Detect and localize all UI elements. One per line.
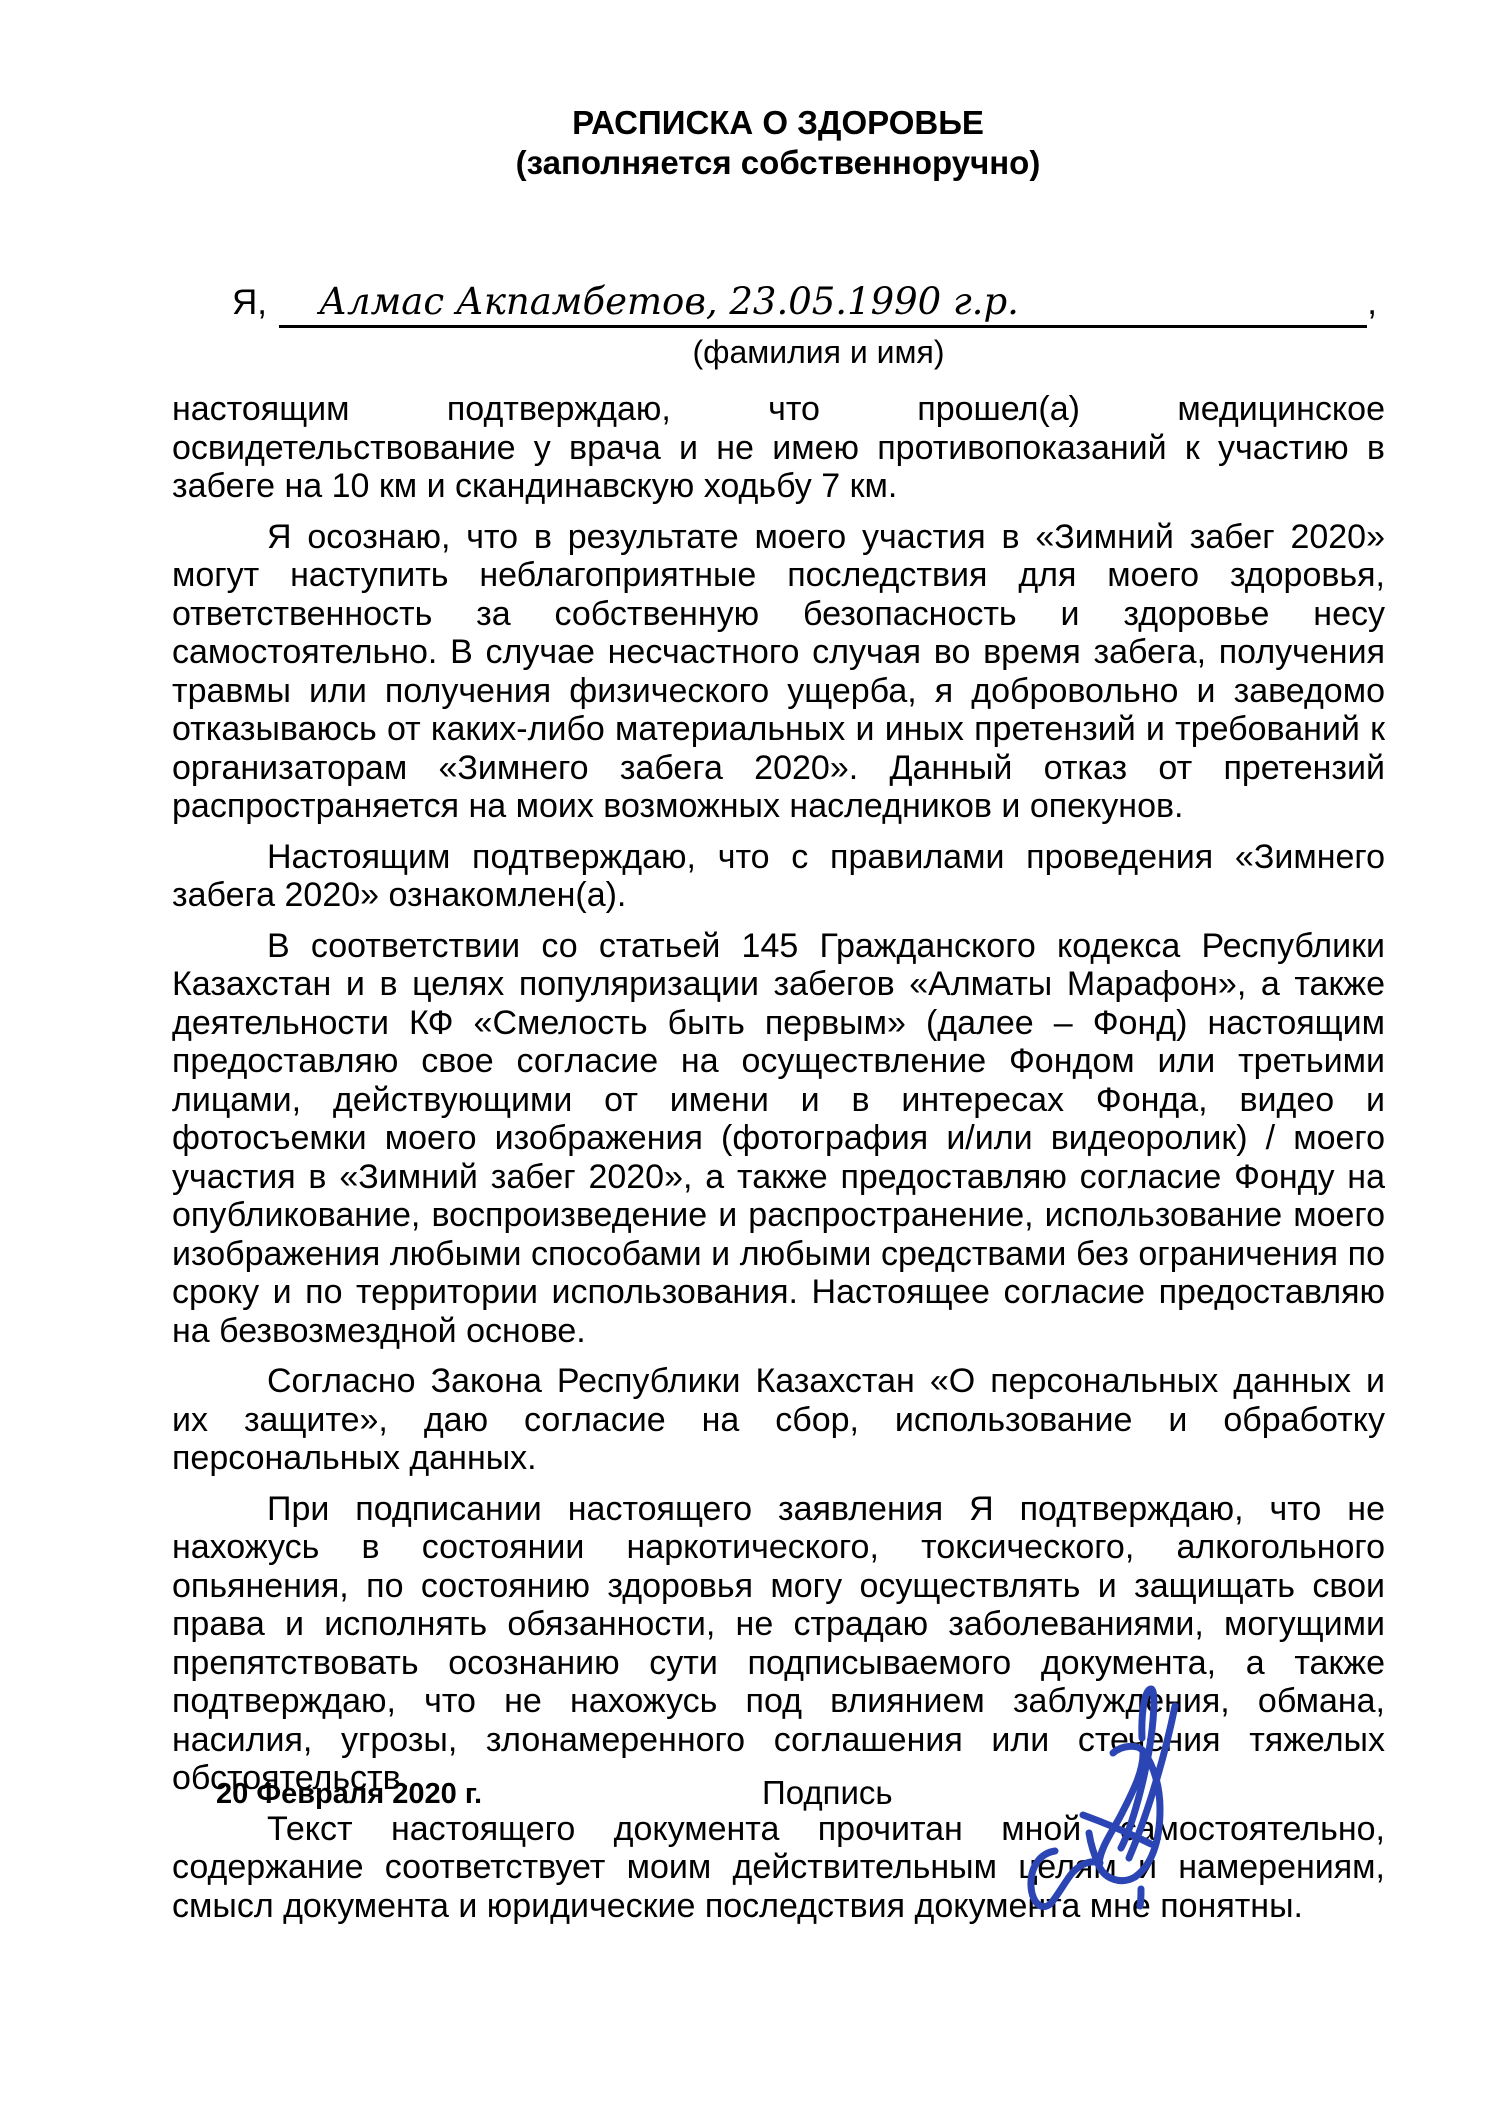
health-declaration-document: РАСПИСКА О ЗДОРОВЬЕ (заполняется собстве… [0, 0, 1500, 2121]
date-text: 20 Февраля 2020 г. [216, 1778, 482, 1811]
document-title: РАСПИСКА О ЗДОРОВЬЕ [172, 103, 1384, 143]
name-row: Я, Алмас Акпамбетов, 23.05.1990 г.р. , [172, 280, 1377, 328]
pronoun-label: Я, [172, 283, 267, 323]
paragraph-personal-data-consent: Согласно Закона Республики Казахстан «О … [172, 1362, 1385, 1478]
document-subtitle: (заполняется собственноручно) [172, 143, 1384, 183]
paragraph-read-and-understood: Текст настоящего документа прочитан мной… [172, 1810, 1385, 1926]
paragraph-medical-clearance: настоящим подтверждаю, что прошел(а) мед… [172, 390, 1385, 506]
paragraph-rules-acknowledgement: Настоящим подтверждаю, что с правилами п… [172, 838, 1385, 915]
signature-label: Подпись [762, 1774, 893, 1812]
paragraph-liability-waiver: Я осознаю, что в результате моего участи… [172, 518, 1385, 826]
trailing-comma: , [1367, 283, 1377, 323]
paragraph-sound-mind-statement: При подписании настоящего заявления Я по… [172, 1490, 1385, 1798]
document-body: настоящим подтверждаю, что прошел(а) мед… [172, 390, 1385, 1925]
paragraph-image-consent: В соответствии со статьей 145 Гражданско… [172, 927, 1385, 1351]
name-field-caption: (фамилия и имя) [272, 334, 1365, 371]
document-header: РАСПИСКА О ЗДОРОВЬЕ (заполняется собстве… [172, 103, 1384, 183]
name-field-value: Алмас Акпамбетов, 23.05.1990 г.р. [279, 280, 1367, 328]
handwritten-signature [1025, 1683, 1195, 1923]
